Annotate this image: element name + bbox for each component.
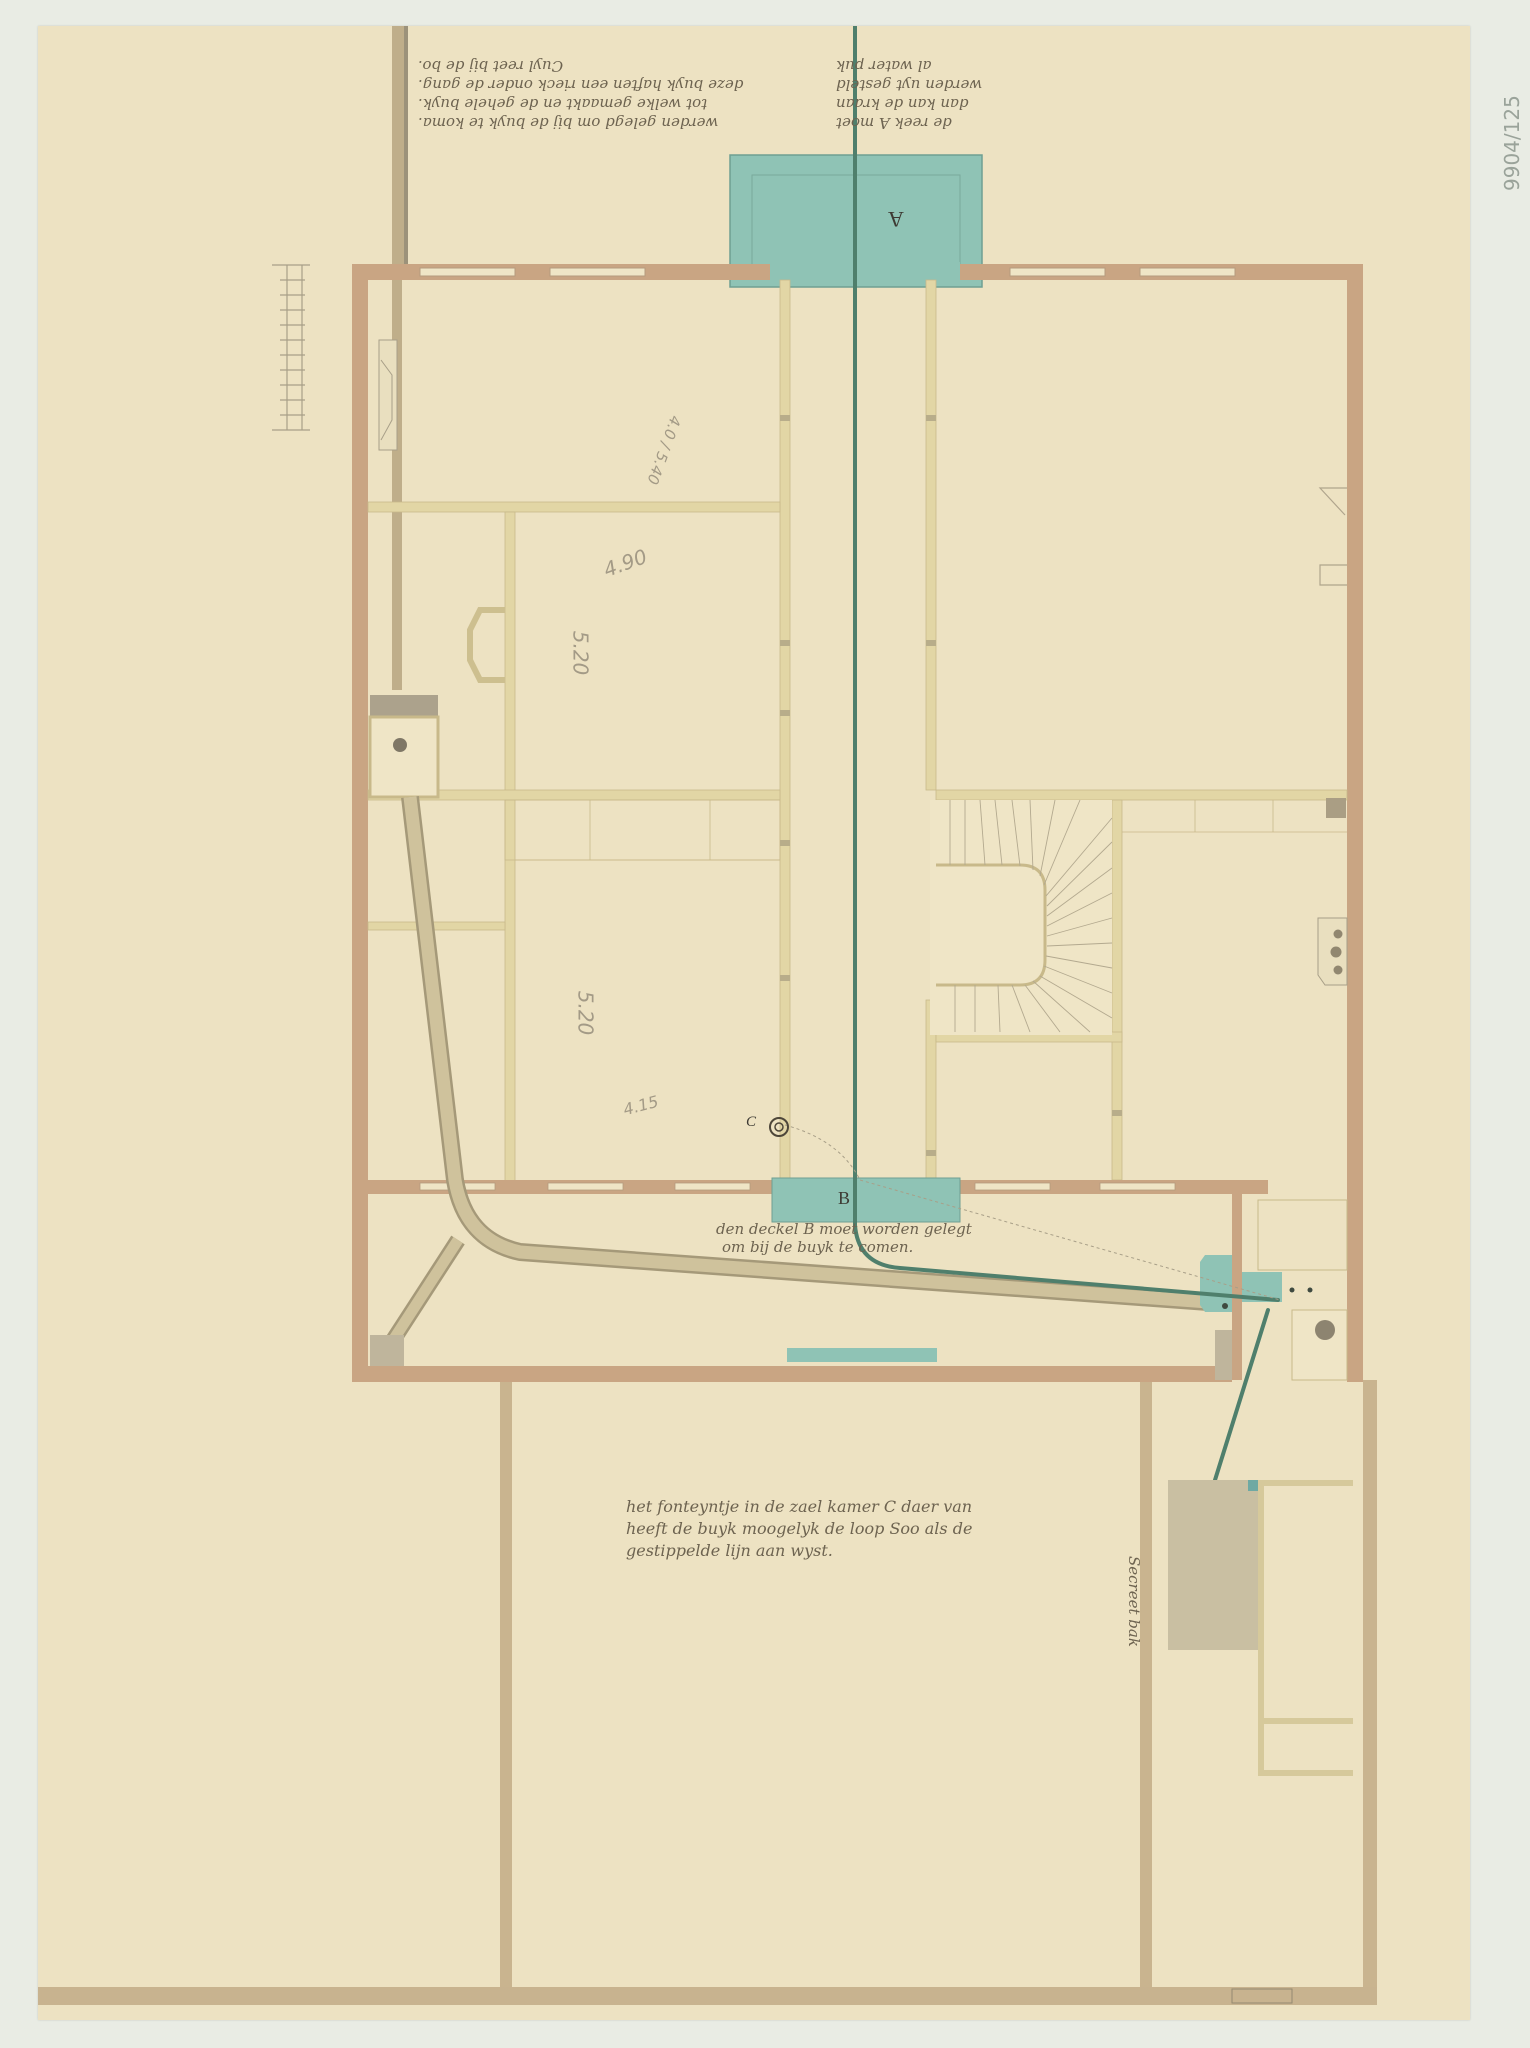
door-marks bbox=[780, 415, 1122, 1156]
water-strip bbox=[787, 1348, 937, 1362]
note-line: tot welke gemaakt en de gehele buyk. bbox=[418, 94, 743, 113]
fireplace-right-lower bbox=[1320, 565, 1347, 585]
note-line: het fonteyntje in de zael kamer C daer v… bbox=[626, 1496, 972, 1518]
note-line: gestippelde lijn aan wyst. bbox=[626, 1540, 972, 1562]
fireplace-left bbox=[470, 610, 505, 680]
note-line: werden gelegd om bij de buyk te koma. bbox=[418, 113, 743, 132]
note-line: dan kan de kraan bbox=[836, 94, 982, 113]
lane-walls bbox=[392, 26, 408, 266]
paper-sheet: 9904/125 A B C Secreet bak de reek A moe… bbox=[38, 26, 1470, 2020]
dimension-height-upper: 5.20 bbox=[568, 631, 592, 676]
note-line: al water puk bbox=[836, 56, 982, 75]
cistern-b-note: den deckel B moet worden gelegt om bij d… bbox=[716, 1220, 972, 1256]
junction-cisterns bbox=[1200, 1200, 1347, 1380]
privy-label: Secreet bak bbox=[1123, 1556, 1145, 1647]
top-note-right: de reek A moet dan kan de kraan werden u… bbox=[836, 56, 982, 132]
floor-plan-drawing bbox=[38, 26, 1470, 2020]
scale-bar bbox=[272, 265, 310, 430]
catalog-number: 9904/125 bbox=[1500, 95, 1524, 191]
privy-structure bbox=[1168, 1480, 1353, 1776]
dimension-height-lower: 5.20 bbox=[573, 991, 597, 1036]
stove bbox=[1318, 918, 1347, 985]
note-line: om bij de buyk te comen. bbox=[716, 1238, 972, 1256]
cistern-b-label: B bbox=[838, 1188, 850, 1209]
top-note-left: werden gelegd om bij de buyk te koma. to… bbox=[418, 56, 743, 132]
staircase bbox=[930, 800, 1112, 1035]
note-line: den deckel B moet worden gelegt bbox=[716, 1220, 972, 1238]
note-line: deze buyk haften een rieck onder de gang… bbox=[418, 75, 743, 94]
note-line: de reek A moet bbox=[836, 113, 982, 132]
note-line: werden uyt gesteld bbox=[836, 75, 982, 94]
cistern-a-label: A bbox=[888, 206, 904, 232]
fountain-note: het fonteyntje in de zael kamer C daer v… bbox=[626, 1496, 972, 1562]
note-line: Cuyl reet bij de bo. bbox=[418, 56, 743, 75]
pump-box bbox=[370, 695, 438, 797]
fountain-c-label: C bbox=[746, 1114, 756, 1131]
interior-walls bbox=[368, 280, 1347, 1182]
left-passage bbox=[379, 280, 402, 690]
courtyard-walls bbox=[38, 1380, 1377, 2005]
note-line: heeft de buyk moogelyk de loop Soo als d… bbox=[626, 1518, 972, 1540]
fireplace-right bbox=[1320, 488, 1347, 515]
